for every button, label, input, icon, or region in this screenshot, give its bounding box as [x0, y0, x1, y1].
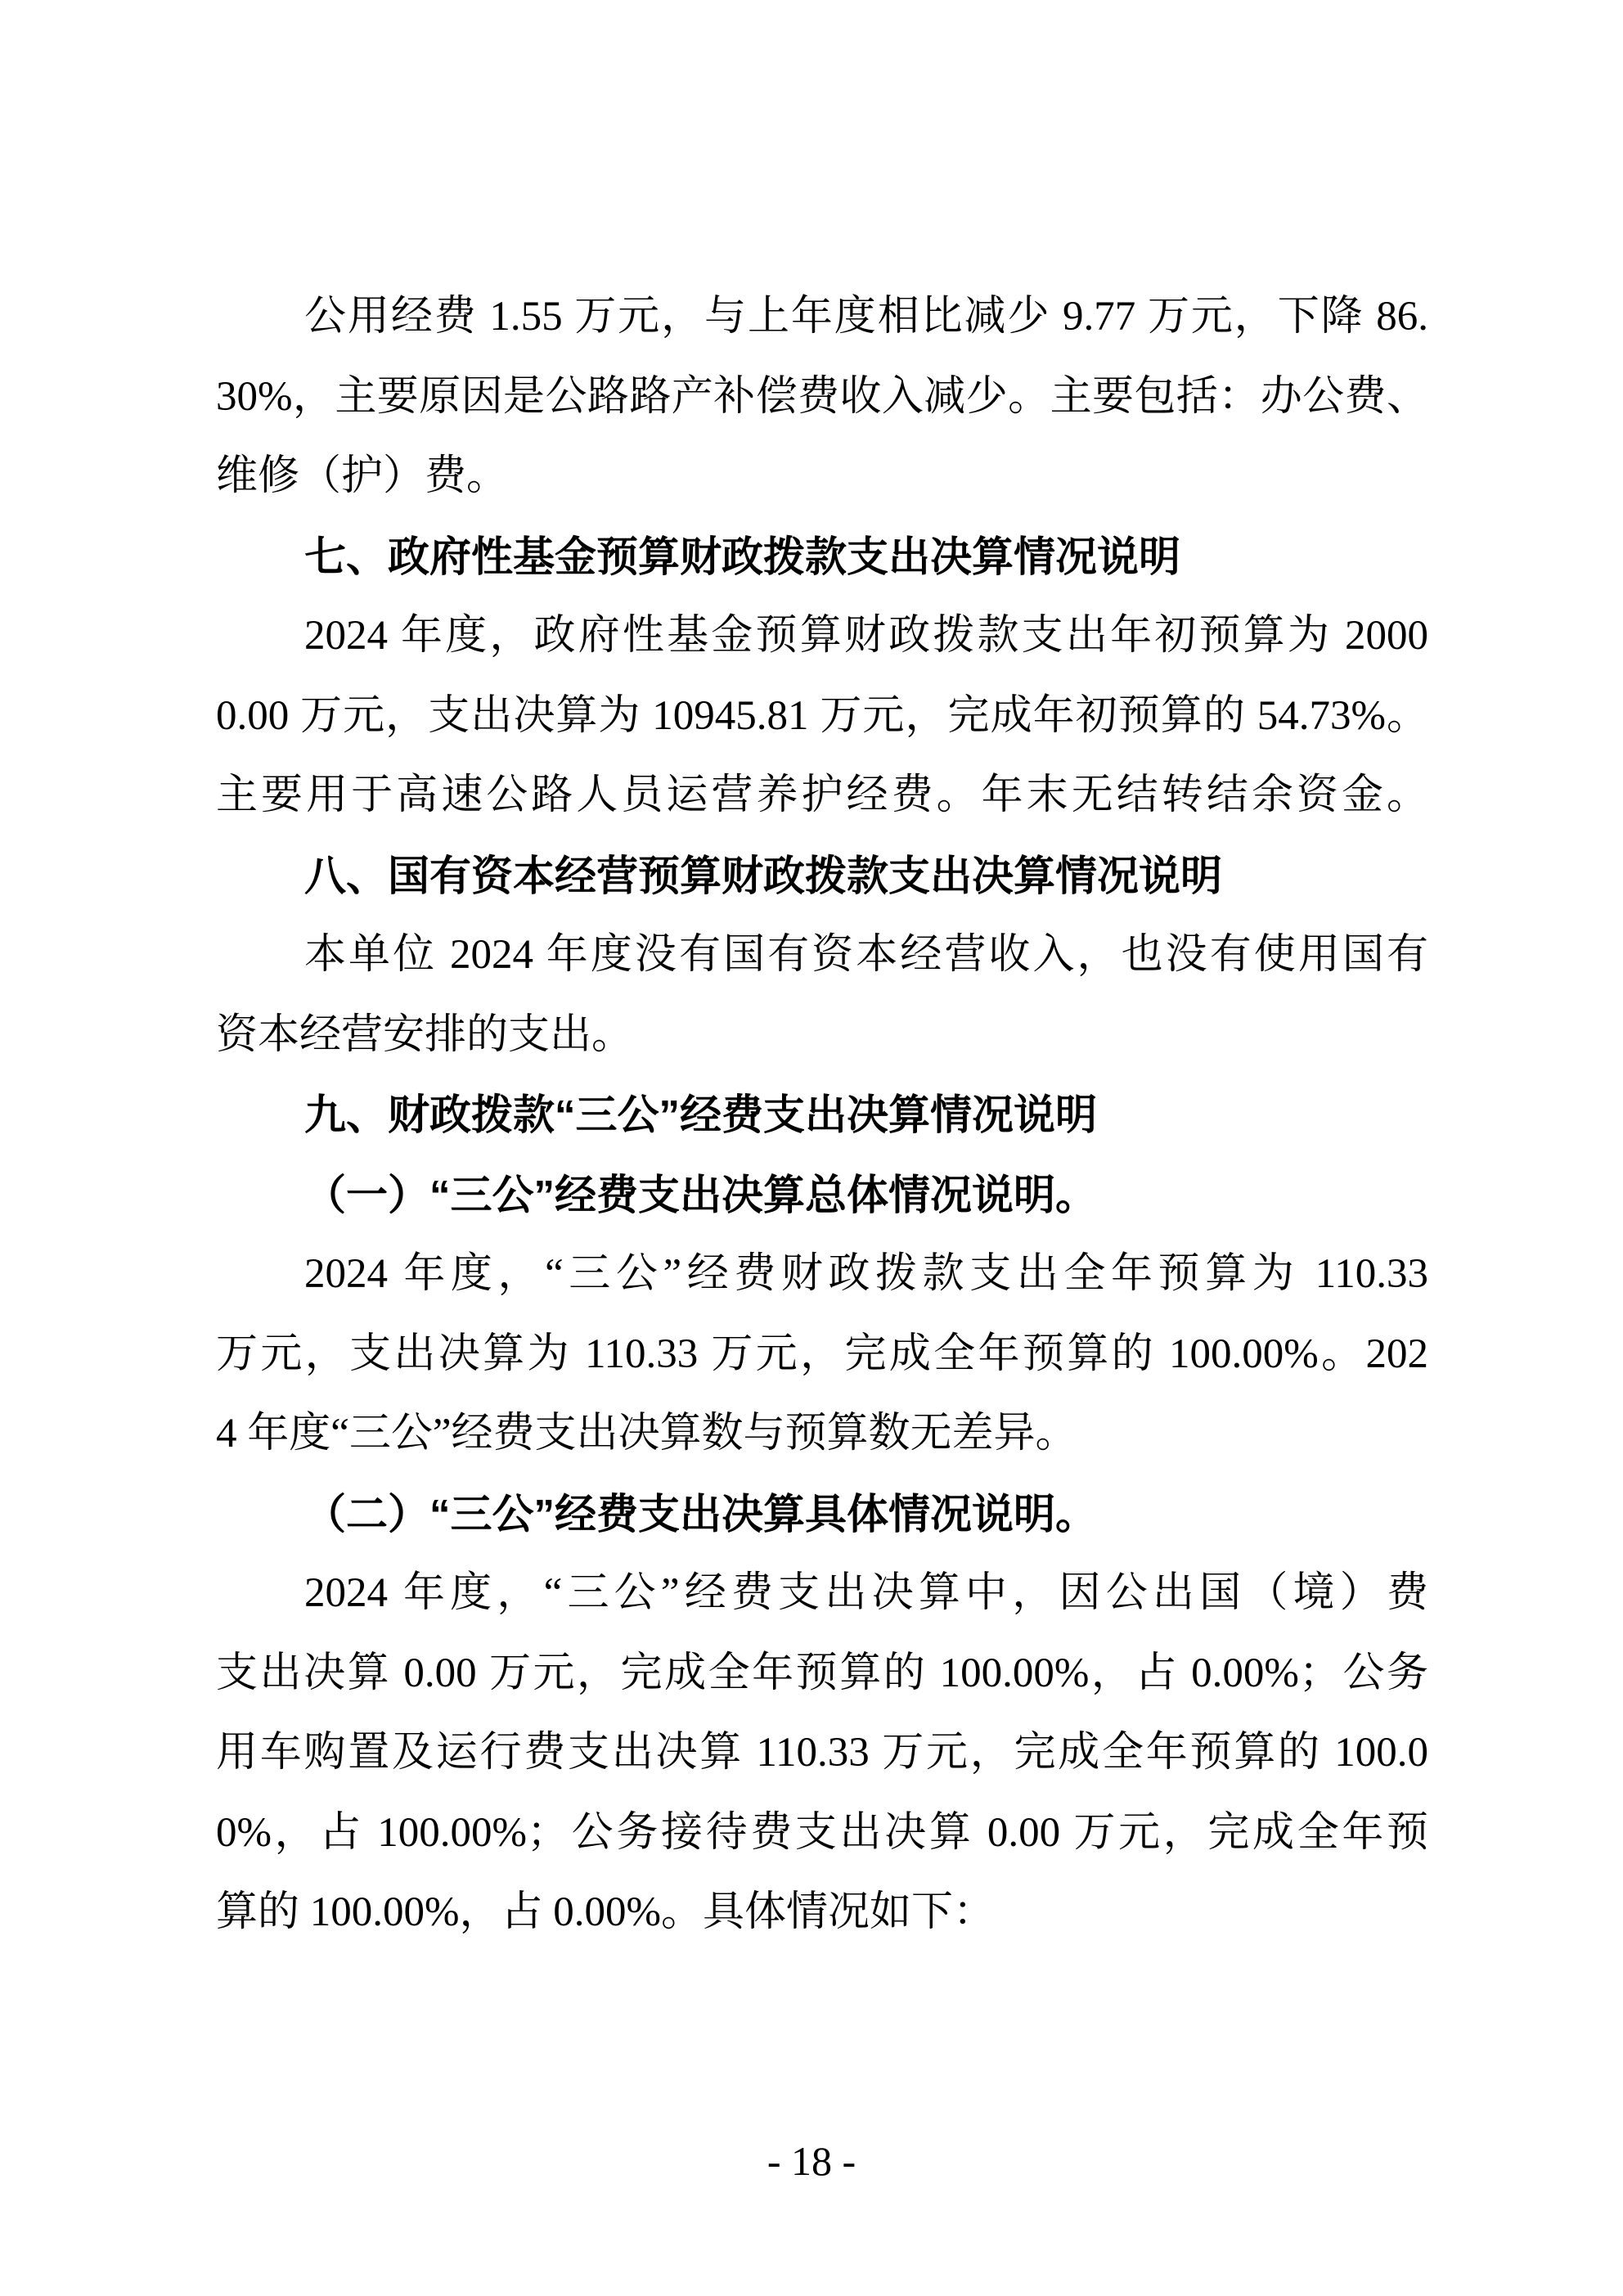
- paragraph-public-funds: 公用经费 1.55 万元，与上年度相比减少 9.77 万元，下降 86. 30%…: [216, 277, 1428, 517]
- paragraph-sangong-detail: 2024 年度，“三公”经费支出决算中，因公出国（境）费 支出决算 0.00 万…: [216, 1554, 1428, 1953]
- body-line: 支出决算 0.00 万元，完成全年预算的 100.00%，占 0.00%；公务: [216, 1634, 1428, 1714]
- body-line: 资本经营安排的支出。: [216, 996, 1428, 1076]
- body-line: 2024 年度，“三公”经费财政拨款支出全年预算为 110.33: [216, 1235, 1428, 1315]
- body-line: 2024 年度，政府性基金预算财政拨款支出年初预算为 2000: [216, 597, 1428, 677]
- body-line: 0.00 万元，支出决算为 10945.81 万元，完成年初预算的 54.73%…: [216, 677, 1428, 757]
- body-line: 0%，占 100.00%；公务接待费支出决算 0.00 万元，完成全年预: [216, 1794, 1428, 1874]
- body-line: 30%，主要原因是公路路产补偿费收入减少。主要包括：办公费、: [216, 358, 1428, 438]
- section-heading-9: 九、财政拨款“三公”经费支出决算情况说明: [216, 1075, 1428, 1155]
- subsection-heading-detail: （二）“三公”经费支出决算具体情况说明。: [216, 1474, 1428, 1555]
- body-line: 主要用于高速公路人员运营养护经费。年末无结转结余资金。: [216, 756, 1428, 836]
- body-line: 万元，支出决算为 110.33 万元，完成全年预算的 100.00%。202: [216, 1315, 1428, 1395]
- body-line: 维修（护）费。: [216, 437, 1428, 517]
- body-line: 算的 100.00%，占 0.00%。具体情况如下：: [216, 1873, 1428, 1953]
- body-line: 公用经费 1.55 万元，与上年度相比减少 9.77 万元，下降 86.: [216, 277, 1428, 358]
- subsection-heading-overview: （一）“三公”经费支出决算总体情况说明。: [216, 1155, 1428, 1236]
- body-line: 本单位 2024 年度没有国有资本经营收入，也没有使用国有: [216, 916, 1428, 996]
- body-line: 2024 年度，“三公”经费支出决算中，因公出国（境）费: [216, 1554, 1428, 1634]
- paragraph-gov-fund-budget: 2024 年度，政府性基金预算财政拨款支出年初预算为 2000 0.00 万元，…: [216, 597, 1428, 836]
- document-body: 公用经费 1.55 万元，与上年度相比减少 9.77 万元，下降 86. 30%…: [216, 277, 1428, 1953]
- body-line: 用车购置及运行费支出决算 110.33 万元，完成全年预算的 100.0: [216, 1713, 1428, 1794]
- body-line: 4 年度“三公”经费支出决算数与预算数无差异。: [216, 1394, 1428, 1474]
- section-heading-7: 七、政府性基金预算财政拨款支出决算情况说明: [216, 517, 1428, 597]
- section-heading-8: 八、国有资本经营预算财政拨款支出决算情况说明: [216, 836, 1428, 916]
- paragraph-sangong-overall: 2024 年度，“三公”经费财政拨款支出全年预算为 110.33 万元，支出决算…: [216, 1235, 1428, 1474]
- document-page: 公用经费 1.55 万元，与上年度相比减少 9.77 万元，下降 86. 30%…: [0, 0, 1623, 2296]
- paragraph-state-capital: 本单位 2024 年度没有国有资本经营收入，也没有使用国有 资本经营安排的支出。: [216, 916, 1428, 1075]
- page-number: - 18 -: [0, 2134, 1623, 2188]
